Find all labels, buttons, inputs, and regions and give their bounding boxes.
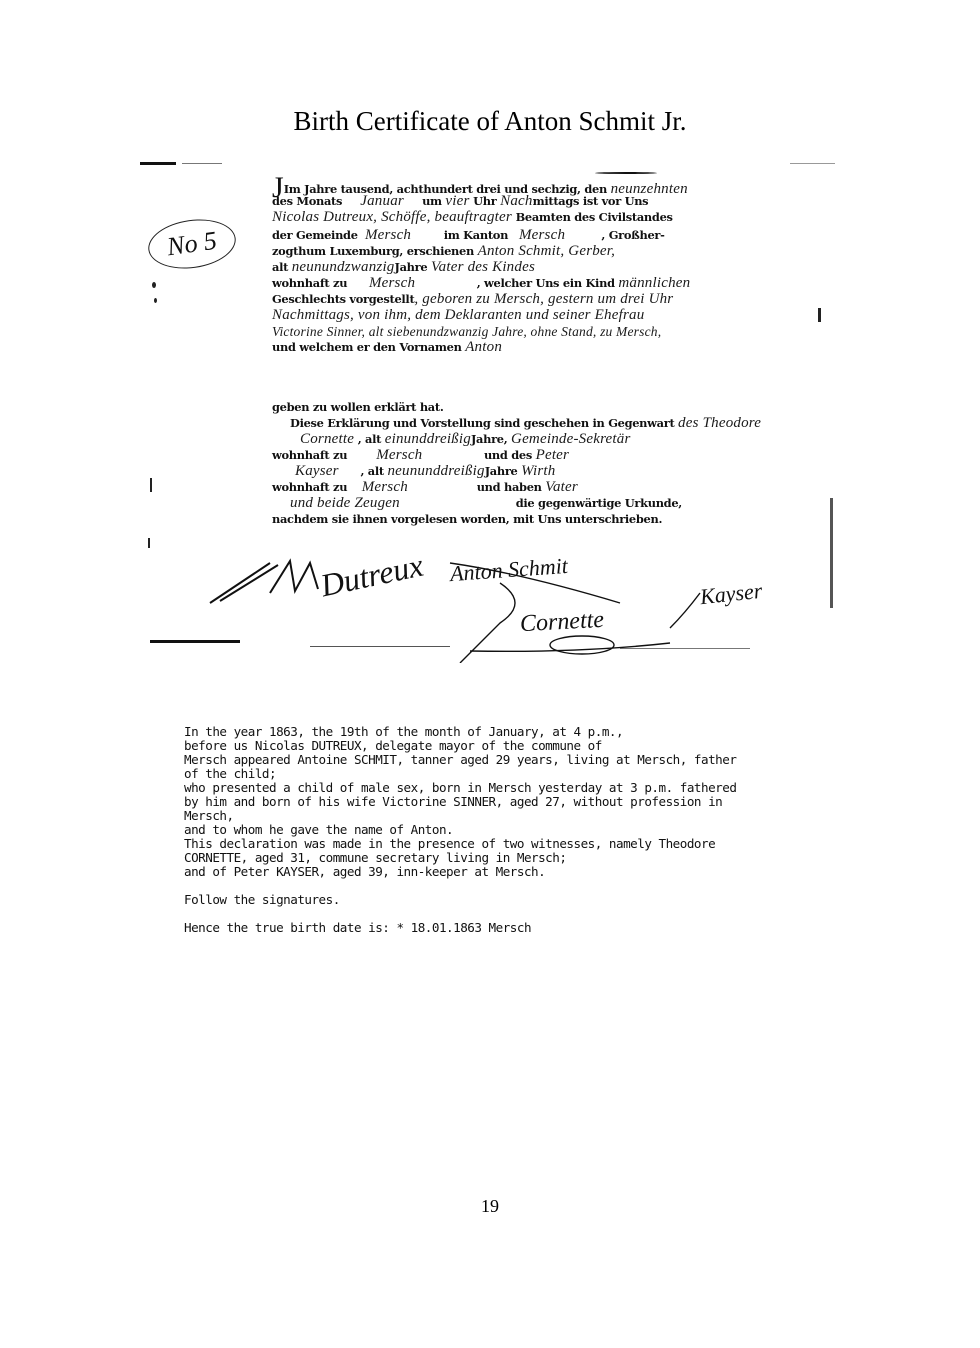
translation-line: CORNETTE, aged 31, commune secretary liv…: [184, 851, 824, 865]
speck: [152, 282, 156, 288]
register-line: wohnhaft zu Mersch und des Peter: [272, 448, 832, 463]
register-line: zogthum Luxemburg, erschienen Anton Schm…: [272, 244, 832, 259]
register-line: des Monats Januar um vier Uhr Nachmittag…: [272, 194, 832, 209]
register-line: Nicolas Dutreux, Schöffe, beauftragter B…: [272, 210, 832, 225]
register-line: Cornette , alt einunddreißigJahre, Gemei…: [300, 432, 860, 447]
translation-line: of the child;: [184, 767, 824, 781]
register-line: und welchem er den Vornamen Anton: [272, 340, 832, 355]
translation-line: before us Nicolas DUTREUX, delegate mayo…: [184, 739, 824, 753]
register-line: alt neunundzwanzigJahre Vater des Kindes: [272, 260, 832, 275]
translation-line: who presented a child of male sex, born …: [184, 781, 824, 795]
register-line: Nachmittags, von ihm, dem Deklaranten un…: [272, 308, 832, 323]
entry-number-stamp: No 5: [145, 214, 239, 274]
signature-cornette: Cornette: [519, 607, 604, 638]
register-line: Geschlechts vorgestellt, geboren zu Mers…: [272, 292, 832, 307]
scan-edge-top-left-dots: [182, 163, 222, 164]
register-line: wohnhaft zu Mersch , welcher Uns ein Kin…: [272, 276, 832, 291]
signatures-area: Dutreux Anton Schmit Kayser Cornette: [200, 553, 820, 663]
page-number: 19: [0, 1196, 980, 1217]
register-line: und beide Zeugen die gegenwärtige Urkund…: [290, 496, 850, 511]
follow-signatures-line: Follow the signatures.: [184, 893, 824, 907]
translation-line: by him and born of his wife Victorine SI…: [184, 795, 824, 809]
register-line: geben zu wollen erklärt hat.: [272, 400, 832, 415]
register-line: nachdem sie ihnen vorgelesen worden, mit…: [272, 512, 832, 527]
scan-edge-top-right: [790, 163, 835, 164]
translation-line: In the year 1863, the 19th of the month …: [184, 725, 824, 739]
speck: [148, 538, 150, 548]
document-title: Birth Certificate of Anton Schmit Jr.: [0, 106, 980, 137]
translation-line: and of Peter KAYSER, aged 39, inn-keeper…: [184, 865, 824, 879]
register-line: Diese Erklärung und Vorstellung sind ges…: [290, 416, 850, 431]
translation-line: Mersch,: [184, 809, 824, 823]
translation-line: and to whom he gave the name of Anton.: [184, 823, 824, 837]
scan-mark-top-center: [595, 172, 657, 174]
scanned-register-entry: No 5 JIm Jahre tausend, achthundert drei…: [140, 158, 840, 718]
scan-edge-top-left: [140, 162, 176, 165]
register-line: Victorine Sinner, alt siebenundzwanzig J…: [272, 324, 832, 340]
true-birth-date-line: Hence the true birth date is: * 18.01.18…: [184, 921, 824, 935]
speck: [150, 478, 152, 492]
register-line: der Gemeinde Mersch im Kanton Mersch , G…: [272, 228, 832, 243]
register-line: wohnhaft zu Mersch und haben Vater: [272, 480, 832, 495]
translation-line: Mersch appeared Antoine SCHMIT, tanner a…: [184, 753, 824, 767]
register-line: Kayser , alt neununddreißigJahre Wirth: [295, 464, 855, 479]
translation-line: This declaration was made in the presenc…: [184, 837, 824, 851]
english-translation: In the year 1863, the 19th of the month …: [184, 725, 824, 935]
speck: [154, 298, 157, 303]
